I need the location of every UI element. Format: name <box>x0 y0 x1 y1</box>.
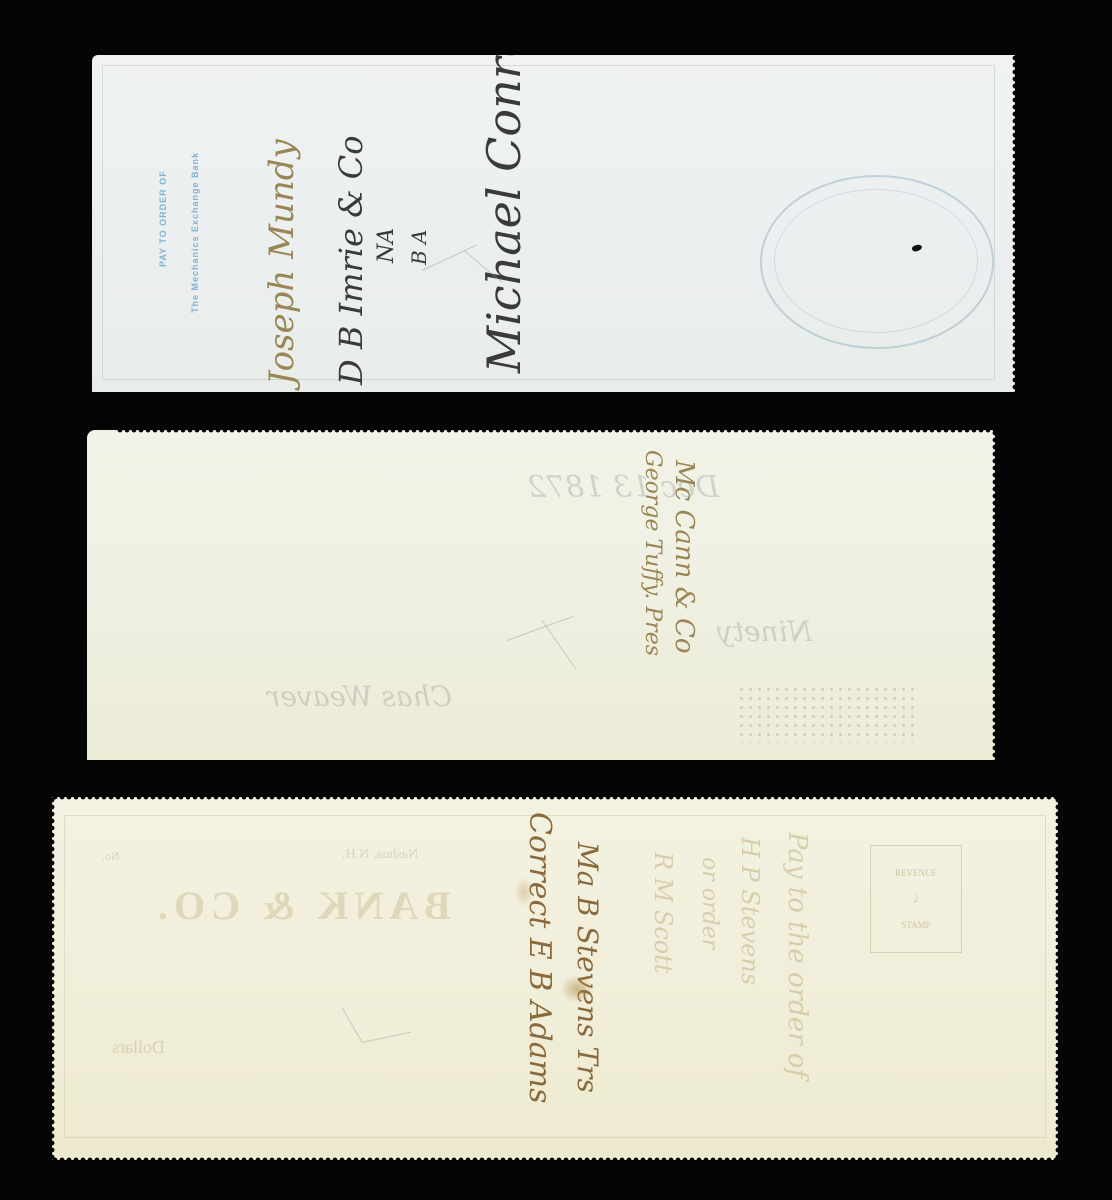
check-middle: Dec 13 1872 Ninety Chas Weaver Mc Cann &… <box>87 430 995 760</box>
embossed-cancel-grid <box>737 685 917 743</box>
endorsement-text: Ma B Stevens Trs <box>571 842 604 1093</box>
bleed-through-signature: Chas Weaver <box>267 680 452 713</box>
endorsement-ba: B A <box>407 230 431 266</box>
endorsement-text: B A <box>407 230 431 266</box>
endorsement-text: Mc Cann & Co <box>669 460 699 654</box>
check-bottom: Nashua, N.H. No. BANK & CO. Dollars REVE… <box>52 797 1058 1160</box>
bleed-text: Chas Weaver <box>267 680 452 713</box>
bleed-bank-name: BANK & CO. <box>152 882 451 929</box>
endorsement-text: Michael Conroy <box>477 55 531 373</box>
bleed-endorsement-scott: R M Scott <box>649 852 677 974</box>
ink-stain <box>514 877 534 907</box>
crease <box>507 616 573 641</box>
bleed-text: R M Scott <box>649 852 677 974</box>
ink-stain <box>560 975 594 1003</box>
endorsement-text: NA <box>374 228 399 263</box>
bleed-text: Ninety <box>717 615 812 648</box>
endorsement-text: D B Imrie & Co <box>332 135 370 385</box>
revenue-stamp-box: REVENUE 2 STAMP <box>870 845 962 953</box>
endorsement-george-tuffy: George Tuffy. Pres <box>640 450 665 656</box>
bleed-text: Pay to the order of <box>782 832 812 1078</box>
revenue-line: STAMP <box>871 912 961 938</box>
stamp-line-1: PAY TO ORDER OF <box>158 170 168 267</box>
bleed-text: No. <box>102 849 120 863</box>
revenue-line: 2 <box>871 886 961 912</box>
perforated-edge <box>1055 797 1058 1160</box>
perforated-edge <box>52 797 55 1160</box>
crease <box>542 620 577 670</box>
endorsement-michael-conroy: Michael Conroy <box>477 55 531 373</box>
bleed-text: or order <box>697 857 722 949</box>
oval-bank-stamp-inner <box>774 189 978 333</box>
endorsement-imrie: D B Imrie & Co <box>332 135 370 385</box>
bleed-text: H P Stevens <box>736 837 764 985</box>
perforated-edge <box>52 797 1058 800</box>
perforated-edge <box>1012 55 1015 392</box>
bleed-dollars-label: Dollars <box>112 1037 165 1058</box>
bleed-text: BANK & CO. <box>152 883 451 928</box>
endorsement-text: Correct E B Adams <box>522 812 557 1103</box>
bleed-place-line: Nashua, N.H. <box>342 847 418 863</box>
endorsement-joseph-mundy: Joseph Mundy <box>262 139 302 385</box>
bleed-endorsement-or-order: or order <box>697 857 722 949</box>
endorsement-correct-adams: Correct E B Adams <box>522 812 557 1103</box>
endorsement-text: Joseph Mundy <box>262 139 302 385</box>
bleed-through-amount: Ninety <box>717 615 812 648</box>
revenue-line: REVENUE <box>871 860 961 886</box>
endorsement-na: NA <box>374 228 399 263</box>
bleed-endorsement-pay-to: Pay to the order of <box>782 832 812 1078</box>
perforated-edge <box>117 430 995 433</box>
endorsement-stevens-treasurer: Ma B Stevens Trs <box>571 842 604 1093</box>
bleed-number: No. <box>102 849 120 864</box>
endorsement-mccann: Mc Cann & Co <box>669 460 699 654</box>
bleed-text: Dollars <box>112 1037 165 1057</box>
perforated-edge <box>992 430 995 760</box>
perforated-edge <box>52 1157 1058 1160</box>
check-top: PAY TO ORDER OF The Mechanics Exchange B… <box>92 55 1015 392</box>
bank-name-stamp: The Mechanics Exchange Bank <box>190 152 200 313</box>
pay-to-order-stamp: PAY TO ORDER OF <box>158 170 168 267</box>
stamp-line-2: The Mechanics Exchange Bank <box>190 152 200 313</box>
bleed-endorsement-stevens: H P Stevens <box>736 837 764 985</box>
endorsement-text: George Tuffy. Pres <box>640 450 665 656</box>
bleed-text: Nashua, N.H. <box>342 847 418 862</box>
